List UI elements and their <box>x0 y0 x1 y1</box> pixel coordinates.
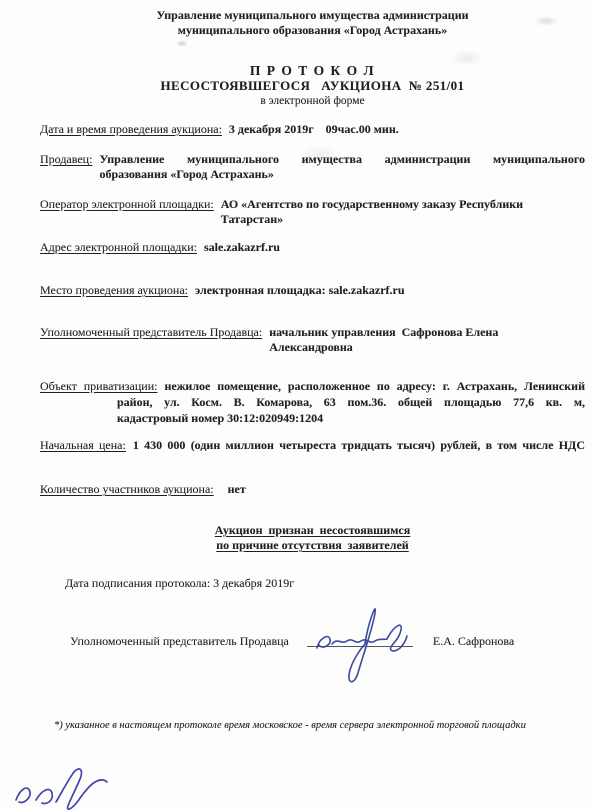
signature-role-label: Уполномоченный представитель Продавца <box>70 633 289 649</box>
auction-result-statement: Аукцион признан несостоявшимся по причин… <box>40 523 585 553</box>
signature-line <box>307 646 413 647</box>
organization-name-line2: муниципального образования «Город Астрах… <box>40 23 585 38</box>
field-privatization-object: Объект приватизации:нежилое помещение, р… <box>40 378 585 426</box>
result-line2: по причине отсутствия заявителей <box>216 538 408 552</box>
field-seller: Продавец: Управление муниципального имущ… <box>40 152 585 182</box>
title-protocol: П Р О Т О К О Л <box>40 63 585 78</box>
protocol-signing-date: Дата подписания протокола: 3 декабря 201… <box>65 576 585 591</box>
field-value: АО «Агентство по государственному заказу… <box>221 197 585 227</box>
title-auction-number: НЕСОСТОЯВШЕГОСЯ АУКЦИОНА № 251/01 <box>40 78 585 94</box>
field-value: нет <box>228 482 246 496</box>
signature-name: Е.А. Сафронова <box>433 633 514 649</box>
bottom-handwritten-signature <box>6 762 141 810</box>
organization-name-line1: Управление муниципального имущества адми… <box>40 8 585 23</box>
field-platform-address: Адрес электронной площадки:sale.zakazrf.… <box>40 240 585 255</box>
field-value: 3 декабря 2019г 09час.00 мин. <box>229 122 399 136</box>
field-value: электронная площадка: sale.zakazrf.ru <box>195 283 405 297</box>
footnote: *) указанное в настоящем протоколе время… <box>54 719 585 733</box>
field-participants-count: Количество участников аукциона:нет <box>40 482 585 497</box>
document-page: Управление муниципального имущества адми… <box>0 0 594 810</box>
result-line1: Аукцион признан несостоявшимся <box>215 523 410 537</box>
field-value-line2: район, ул. Косм. В. Комарова, 63 пом.36.… <box>117 394 585 410</box>
field-value: начальник управления Сафронова Елена Але… <box>269 325 585 355</box>
field-label: Дата и время проведения аукциона: <box>40 122 222 136</box>
organization-header: Управление муниципального имущества адми… <box>40 8 585 38</box>
field-label: Количество участников аукциона: <box>40 482 214 496</box>
field-auction-venue: Место проведения аукциона:электронная пл… <box>40 283 585 298</box>
field-platform-operator: Оператор электронной площадки: АО «Агент… <box>40 197 585 227</box>
title-electronic-form: в электронной форме <box>40 94 585 108</box>
field-label: Адрес электронной площадки: <box>40 240 197 254</box>
field-value: sale.zakazrf.ru <box>204 240 280 254</box>
field-label: Оператор электронной площадки: <box>40 197 214 227</box>
signature-row: Уполномоченный представитель Продавца Е.… <box>70 633 585 649</box>
document-title: П Р О Т О К О Л НЕСОСТОЯВШЕГОСЯ АУКЦИОНА… <box>40 63 585 108</box>
field-value-line3: кадастровый номер 30:12:020949:1204 <box>117 410 585 426</box>
field-value-line1: нежилое помещение, расположенное по адре… <box>164 379 585 393</box>
field-label: Уполномоченный представитель Продавца: <box>40 325 262 355</box>
field-label: Объект приватизации: <box>40 379 157 393</box>
field-auction-datetime: Дата и время проведения аукциона:3 декаб… <box>40 122 585 137</box>
field-starting-price: Начальная цена:1 430 000 (один миллион ч… <box>40 437 585 453</box>
field-authorized-representative: Уполномоченный представитель Продавца: н… <box>40 325 585 355</box>
handwritten-signature <box>303 598 429 680</box>
field-value: Управление муниципального имущества адми… <box>99 152 585 182</box>
field-label: Место проведения аукциона: <box>40 283 188 297</box>
field-label: Начальная цена: <box>40 438 126 452</box>
field-label: Продавец: <box>40 152 92 182</box>
field-value: 1 430 000 (один миллион четыреста тридца… <box>133 438 585 452</box>
